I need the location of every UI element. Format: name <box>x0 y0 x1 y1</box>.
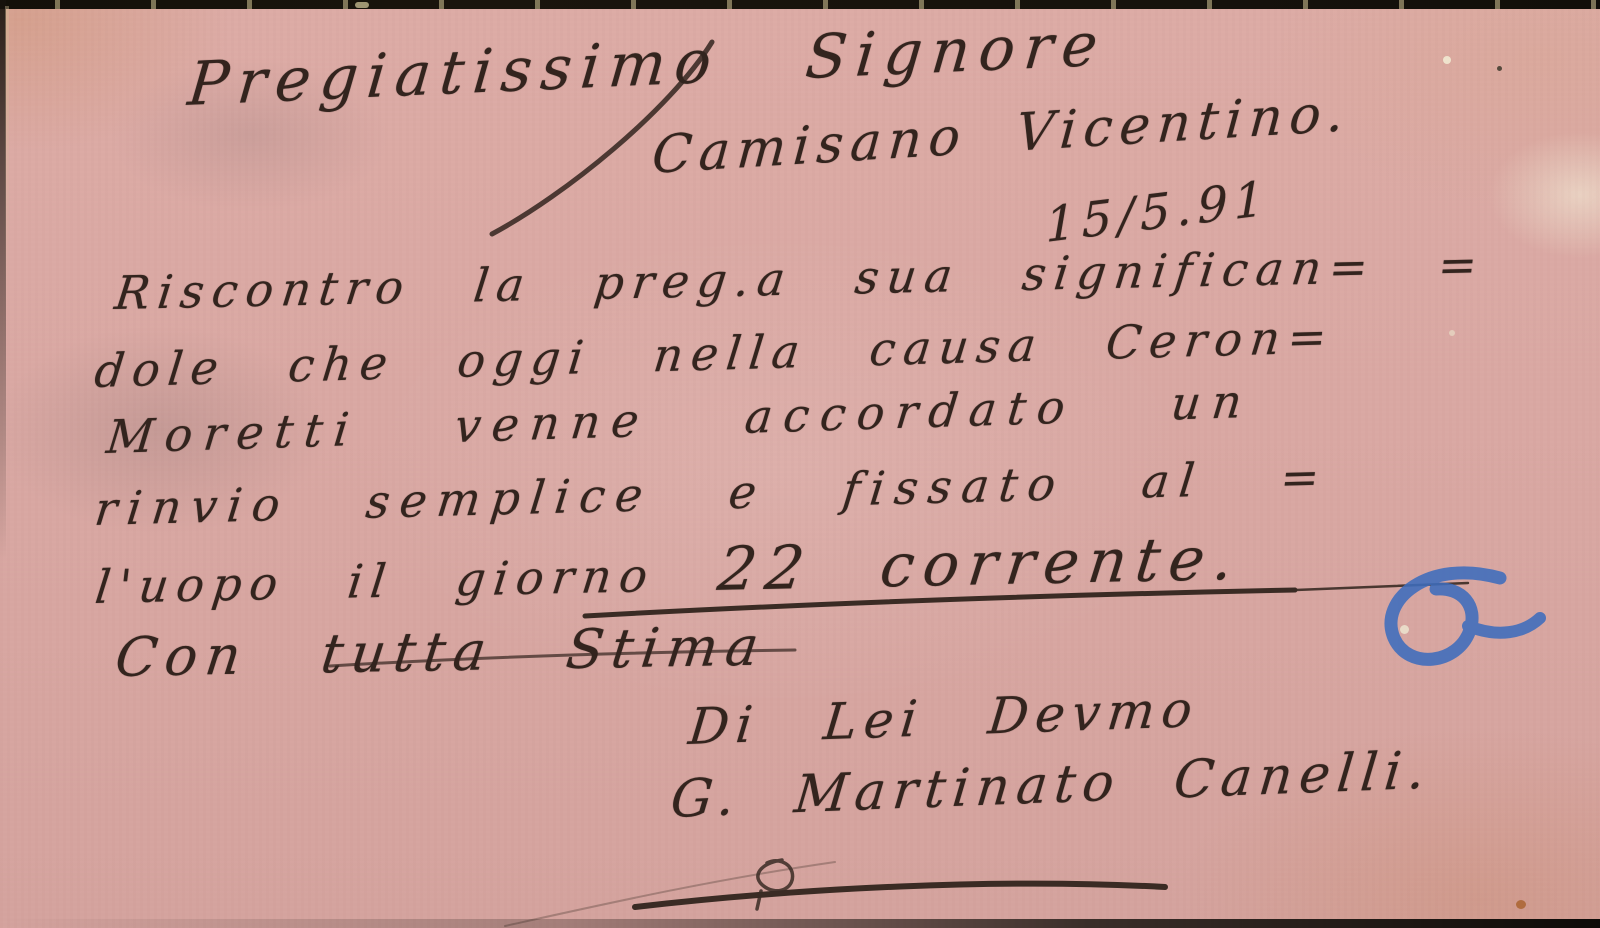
underlined-date-text: 22 corrente. <box>714 524 1246 605</box>
body-line-5-prefix: l'uopo il giorno <box>92 547 721 614</box>
rust-stain-dot <box>1516 900 1526 909</box>
paper-speck <box>1443 56 1451 64</box>
place-line: Camisano Vicentino. <box>650 83 1353 186</box>
scan-top-edge <box>0 0 1600 9</box>
date-line: 15/5.91 <box>1045 170 1270 254</box>
signature-flourish-underline <box>635 884 1165 907</box>
scan-bottom-edge <box>0 919 1600 928</box>
paper-speck <box>1400 625 1409 634</box>
pen-underline-extension <box>1295 583 1468 590</box>
signature-faint-stroke <box>505 862 835 926</box>
salutation-line: Pregiatissimo Signore <box>185 10 1110 120</box>
postcard: Pregiatissimo Signore Camisano Vicentino… <box>0 0 1600 928</box>
blue-crayon-loop <box>1391 573 1500 660</box>
signature-line: G. Martinato Canelli. <box>668 741 1435 830</box>
body-line-5: l'uopo il giorno 22 corrente. <box>92 524 1246 618</box>
ink-speck <box>1497 66 1502 71</box>
signature-small-loop <box>757 860 793 909</box>
closing-line: Con tutta Stima <box>112 615 770 689</box>
valediction-line: Di Lei Devmo <box>686 680 1202 756</box>
scanned-postcard-photo: Pregiatissimo Signore Camisano Vicentino… <box>0 0 1600 928</box>
blue-crayon-tail <box>1468 618 1540 633</box>
body-line-1: Riscontro la preg.a sua significan= = <box>112 237 1488 320</box>
torn-left-edge-highlight <box>5 6 9 326</box>
blue-crayon-mark <box>1391 573 1540 660</box>
body-line-4: rinvio semplice e fissato al = <box>92 450 1332 536</box>
paper-speck <box>1449 330 1455 336</box>
